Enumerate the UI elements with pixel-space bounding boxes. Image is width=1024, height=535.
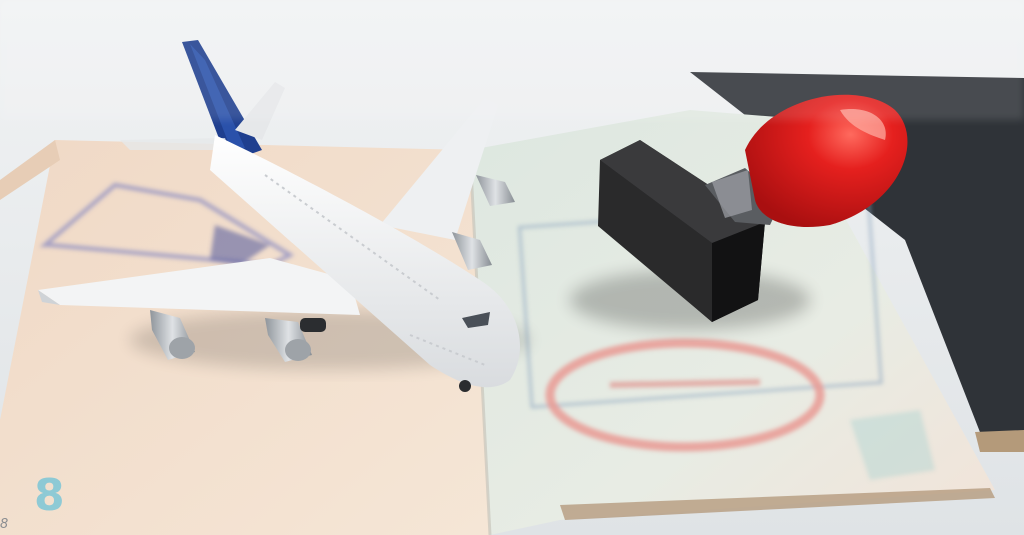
passport-page-number: 8 <box>34 470 65 521</box>
passport-page-number-small: 8 <box>0 517 8 532</box>
photo-scene: 8 8 <box>0 0 1024 535</box>
photo-illustration <box>0 0 1024 535</box>
